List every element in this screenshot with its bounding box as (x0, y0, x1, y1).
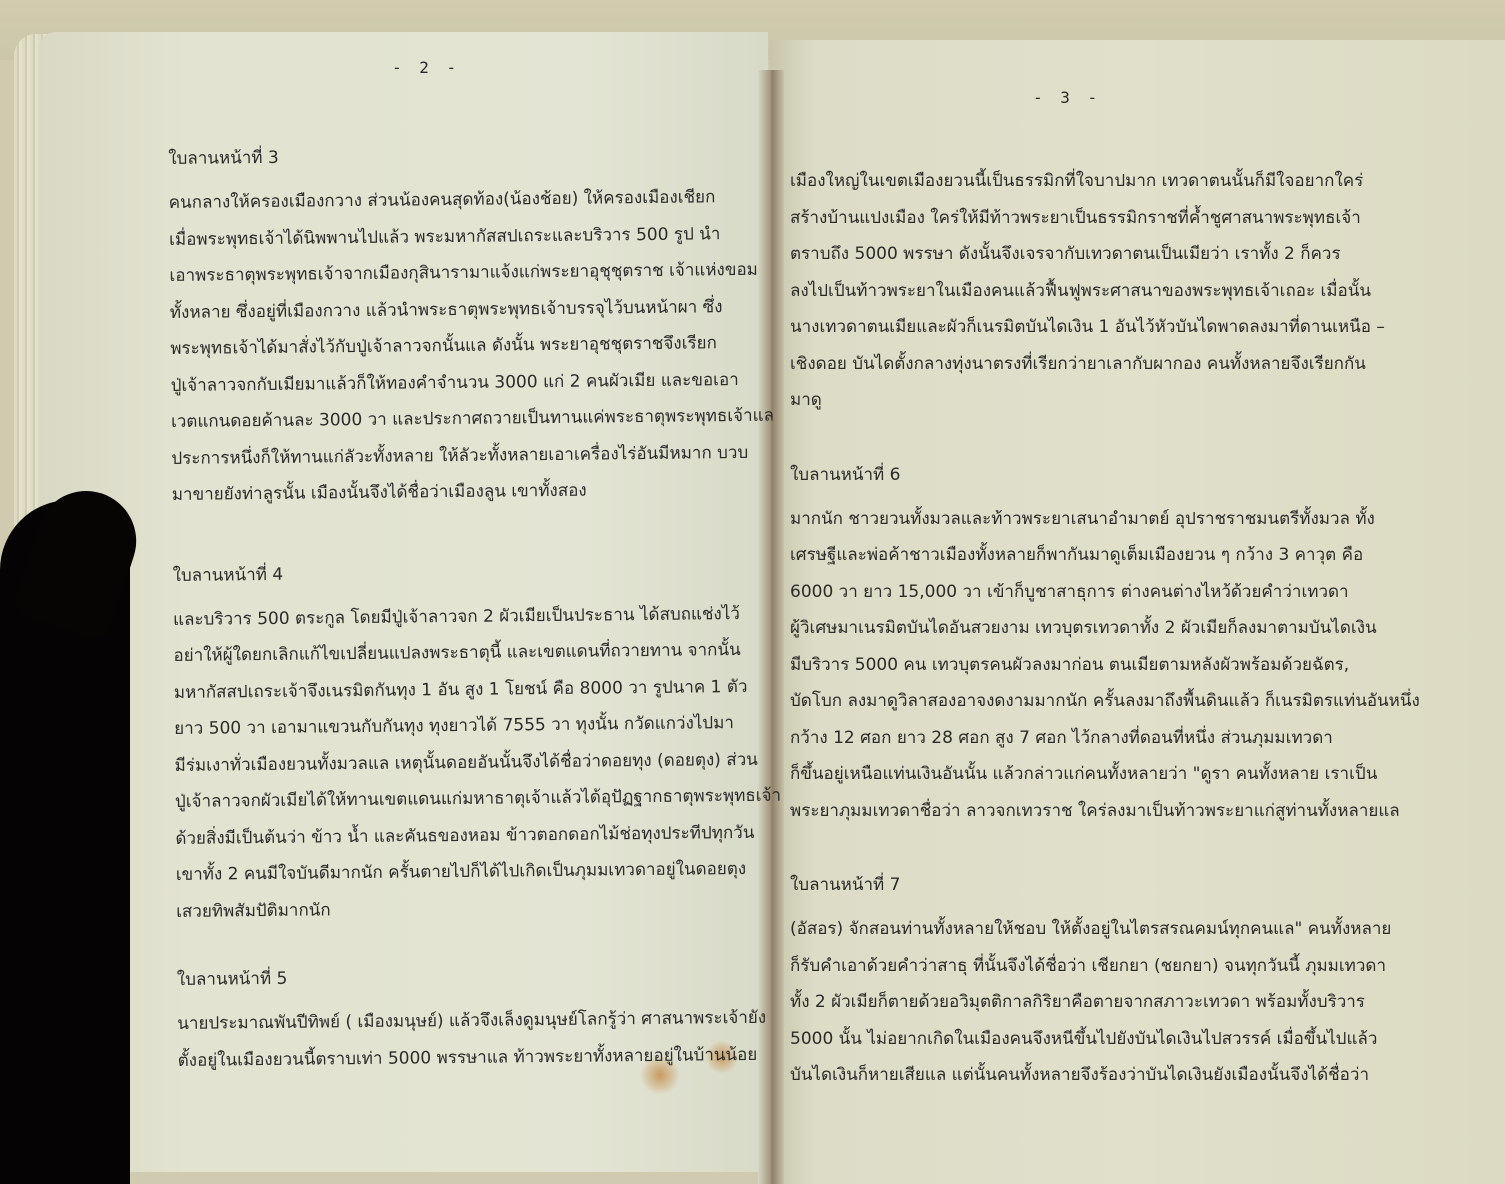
text-line: มาขายยังท่าลูรนั้น เมืองนั้นจึงได้ชื่อว่… (172, 471, 772, 514)
section-leaf-6: ใบลานหน้าที่ 6 มากนัก ชาวยวนทั้งมวลและท้… (790, 449, 1430, 830)
section-heading: ใบลานหน้าที่ 7 (790, 859, 1430, 911)
text-line: เอาพระธาตุพระพุทธเจ้าจากเมืองกุสินารามาแ… (169, 252, 769, 295)
left-page-text: ใบลานหน้าที่ 3 คนกลางให้ครองเมืองกวาง ส่… (168, 127, 778, 1079)
text-line: และบริวาร 500 ตระกูล โดยมีปู่เจ้าลาวจก 2… (173, 595, 773, 638)
text-line: เมืองใหญ่ในเขตเมืองยวนนี้เป็นธรรมิกที่ใจ… (790, 163, 1430, 200)
text-line: ประการหนึ่งก็ให้ทานแก่ลัวะทั้งหลาย ให้ลั… (171, 434, 771, 477)
text-line: ก็รับคำเอาด้วยคำว่าสาธุ ที่นั้นจึงได้ชื่… (790, 948, 1430, 985)
text-line: คนกลางให้ครองเมืองกวาง ส่วนน้องคนสุดท้อง… (169, 179, 769, 222)
text-line: 6000 วา ยาว 15,000 วา เข้าก็บูชาสาธุการ … (790, 574, 1430, 611)
text-line: เชิงดอย บันไดตั้งกลางทุ่งนาตรงที่เรียกว่… (790, 346, 1430, 383)
text-line: บัดโบก ลงมาดูวิลาสองอาจงดงามมากนัก ครั้น… (790, 683, 1430, 720)
text-line: กว้าง 12 ศอก ยาว 28 ศอก สูง 7 ศอก ไว้กลา… (790, 720, 1430, 757)
text-line: ก็ขึ้นอยู่เหนือแท่นเงินอันนั้น แล้วกล่าว… (790, 756, 1430, 793)
text-line: ตั้งอยู่ในเมืองยวนนี้ตราบเท่า 5000 พรรษา… (178, 1036, 778, 1079)
text-line: อย่าให้ผู้ใดยกเลิกแก้ไขเปลี่ยนแปลงพระธาต… (173, 632, 773, 675)
text-line: (อัสอร) จักสอนท่านทั้งหลายให้ชอบ ให้ตั้ง… (790, 911, 1430, 948)
text-line: ตราบถึง 5000 พรรษา ดังนั้นจึงเจรจากับเทว… (790, 236, 1430, 273)
text-line: ปู่เจ้าลาวจกผัวเมียได้ให้ทานเขตแดนแก่มหา… (175, 778, 775, 821)
text-line: ยาว 500 วา เอามาแขวนกับกันทุง ทุงยาวได้ … (174, 705, 774, 748)
text-line: เสวยทิพสัมปัติมากนัก (176, 887, 776, 930)
section-leaf-3: ใบลานหน้าที่ 3 คนกลางให้ครองเมืองกวาง ส่… (168, 127, 772, 514)
section-heading: ใบลานหน้าที่ 4 (172, 543, 773, 601)
text-line: สร้างบ้านแปงเมือง ใคร่ให้มีท้าวพระยาเป็น… (790, 200, 1430, 237)
section-heading: ใบลานหน้าที่ 6 (790, 449, 1430, 501)
section-leaf-5: ใบลานหน้าที่ 5 นายประมาณพันปีทิพย์ ( เมื… (177, 948, 778, 1079)
text-line: นางเทวดาตนเมียและผัวก็เนรมิตบันไดเงิน 1 … (790, 309, 1430, 346)
text-line: มีร่มเงาทั่วเมืองยวนทั้งมวลแล เหตุนั้นดอ… (174, 741, 774, 784)
text-line: พระยาภุมมเทวดาชื่อว่า ลาวจกเทวราช ใคร่ลง… (790, 793, 1430, 830)
right-page-text: เมืองใหญ่ในเขตเมืองยวนนี้เป็นธรรมิกที่ใจ… (790, 163, 1430, 1094)
text-line: มีบริวาร 5000 คน เทวบุตรคนผัวลงมาก่อน ตน… (790, 647, 1430, 684)
text-line: เขาทั้ง 2 คนมีใจบันดีมากนัก ครั้นตายไปก็… (176, 851, 776, 894)
text-line: มากนัก ชาวยวนทั้งมวลและท้าวพระยาเสนาอำมา… (790, 501, 1430, 538)
left-page-number: - 2 - (392, 58, 460, 77)
text-line: ด้วยสิ่งมีเป็นต้นว่า ข้าว น้ำ และคันธของ… (175, 814, 775, 857)
text-line: เศรษฐีและพ่อค้าชาวเมืองทั้งหลายก็พากันมา… (790, 537, 1430, 574)
text-line: ลงไปเป็นท้าวพระยาในเมืองคนแล้วฟื้นฟูพระศ… (790, 273, 1430, 310)
section-leaf-7: ใบลานหน้าที่ 7 (อัสอร) จักสอนท่านทั้งหลา… (790, 859, 1430, 1094)
section-continuation: เมืองใหญ่ในเขตเมืองยวนนี้เป็นธรรมิกที่ใจ… (790, 163, 1430, 419)
section-leaf-4: ใบลานหน้าที่ 4 และบริวาร 500 ตระกูล โดยม… (172, 543, 776, 930)
text-line: พระพุทธเจ้าได้มาสั่งไว้กับปู่เจ้าลาวจกนั… (170, 325, 770, 368)
text-line: ทั้ง 2 ผัวเมียก็ตายด้วยอวิมุตติกาลกิริยา… (790, 984, 1430, 1021)
text-line: เมื่อพระพุทธเจ้าได้นิพพานไปแล้ว พระมหากั… (169, 215, 769, 258)
text-line: ทั้งหลาย ซึ่งอยู่ที่เมืองกวาง แล้วนำพระธ… (170, 288, 770, 331)
text-line: นายประมาณพันปีทิพย์ ( เมืองมนุษย์) แล้วจ… (177, 1000, 777, 1043)
text-line: ปู่เจ้าลาวจกกับเมียมาแล้วก็ให้ทองคำจำนวน… (170, 361, 770, 404)
text-line: เวตแกนดอยค้านละ 3000 วา และประกาศถวายเป็… (171, 398, 771, 441)
right-page-number: - 3 - (1033, 88, 1101, 107)
text-line: ผู้วิเศษมาเนรมิตบันไดอันสวยงาม เทวบุตรเท… (790, 610, 1430, 647)
text-line: บันไดเงินก็หายเสียแล แต่นั้นคนทั้งหลายจึ… (790, 1057, 1430, 1094)
section-heading: ใบลานหน้าที่ 5 (177, 948, 778, 1006)
section-heading: ใบลานหน้าที่ 3 (168, 127, 769, 185)
text-line: มาดู (790, 382, 1430, 419)
text-line: 5000 นั้น ไม่อยากเกิดในเมืองคนจึงหนีขึ้น… (790, 1021, 1430, 1058)
text-line: มหากัสสปเถระเจ้าจึงเนรมิตกันทุง 1 อัน สู… (174, 668, 774, 711)
open-book-photo: - 2 - - 3 - ใบลานหน้าที่ 3 คนกลางให้ครอง… (0, 0, 1505, 1184)
